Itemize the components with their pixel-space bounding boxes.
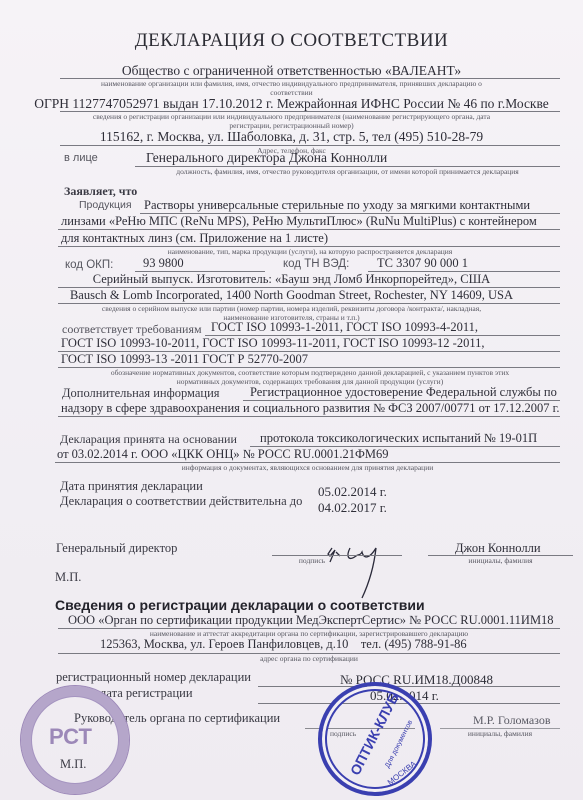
- valid-until-label: Декларация о соответствии действительна …: [60, 494, 302, 509]
- reg-number-label: регистрационный номер декларации: [56, 670, 251, 685]
- product-line-1: Растворы универсальные стерильные по ухо…: [144, 198, 530, 213]
- standards-line-1: ГОСТ ISO 10993-1-2011, ГОСТ ISO 10993-4-…: [211, 320, 478, 335]
- document-title: ДЕКЛАРАЦИЯ О СООТВЕТСТВИИ: [0, 30, 583, 52]
- additional-line-1: Регистрационное удостоверение Федерально…: [250, 385, 557, 400]
- serial-line-1: Серийный выпуск. Изготовитель: «Бауш энд…: [0, 272, 583, 287]
- cert-address-caption: адрес органа по сертификации: [58, 654, 560, 663]
- declaration-document: ДЕКЛАРАЦИЯ О СООТВЕТСТВИИ Общество с огр…: [0, 0, 583, 800]
- standards-caption: обозначение нормативных документов, соот…: [60, 368, 560, 377]
- registration-caption: сведения о регистрации организации или и…: [0, 112, 583, 121]
- signer-position: Генеральный директор: [56, 541, 177, 556]
- serial-line-2: Bausch & Lomb Incorporated, 1400 North G…: [0, 288, 583, 303]
- applicant-name-caption: наименование организации или фамилия, им…: [0, 79, 583, 88]
- accepted-date-value: 05.02.2014 г.: [318, 484, 387, 500]
- product-label: Продукция: [79, 199, 132, 211]
- signer-name-caption: инициалы, фамилия: [428, 556, 573, 565]
- registration-heading: Сведения о регистрации декларации о соот…: [55, 597, 425, 613]
- standards-line-3: ГОСТ ISO 10993-13 -2011 ГОСТ Р 52770-200…: [61, 352, 308, 367]
- rst-logo-icon: РСТ: [49, 724, 92, 750]
- okp-label: код ОКП:: [65, 259, 113, 271]
- tnved-value: ТС 3307 90 000 1: [377, 256, 468, 271]
- standards-line-2: ГОСТ ISO 10993-10-2011, ГОСТ ISO 10993-1…: [61, 336, 485, 351]
- divider: [58, 229, 560, 230]
- signer-name: Джон Коннолли: [455, 541, 541, 556]
- valid-until-value: 04.02.2017 г.: [318, 500, 387, 516]
- basis-label: Декларация принята на основании: [60, 432, 237, 447]
- represented-label: в лице: [64, 152, 98, 164]
- serial-caption: сведения о серийном выпуске или партии (…: [0, 304, 583, 313]
- cert-head-name-caption: инициалы, фамилия: [440, 729, 560, 738]
- applicant-address: 115162, г. Москва, ул. Шаболовка, д. 31,…: [0, 129, 583, 145]
- stamp-text: ОПТИК-КЛУБ: [346, 689, 403, 780]
- basis-line-2: от 03.02.2014 г. ООО «ЦКК ОНЦ» № РОСС RU…: [57, 447, 389, 462]
- product-line-3: для контактных линз (см. Приложение на 1…: [61, 231, 328, 246]
- representative: Генерального директора Джона Коннолли: [146, 150, 387, 166]
- cert-body-name: ООО «Орган по сертификации продукции Мед…: [68, 613, 554, 628]
- cert-head-name: М.Р. Голомазов: [473, 713, 551, 728]
- reg-date-label: дата регистрации: [100, 686, 193, 701]
- divider: [258, 686, 560, 687]
- signature-caption: подпись: [272, 556, 352, 565]
- seal-label: М.П.: [55, 570, 81, 585]
- accepted-date-label: Дата принятия декларации: [60, 479, 203, 494]
- applicant-registration: ОГРН 1127747052971 выдан 17.10.2012 г. М…: [0, 96, 583, 112]
- tnved-label: код ТН ВЭД:: [283, 258, 349, 270]
- cert-body-address: 125363, Москва, ул. Героев Панфиловцев, …: [100, 637, 467, 652]
- basis-caption: информация о документах, являющихся осно…: [55, 463, 560, 472]
- applicant-name: Общество с ограниченной ответственностью…: [0, 63, 583, 79]
- okp-value: 93 9800: [143, 256, 184, 271]
- product-line-2: линзами «РеНю МПС (ReNu MPS), РеНю Мульт…: [61, 214, 537, 229]
- product-caption: наименование, тип, марка продукции (услу…: [100, 247, 520, 256]
- representative-caption: должность, фамилия, имя, отчество руково…: [135, 167, 560, 176]
- divider: [58, 416, 560, 417]
- additional-line-2: надзору в сфере здравоохранения и социал…: [61, 401, 560, 416]
- basis-line-1: протокола токсикологических испытаний № …: [260, 431, 537, 446]
- declares-label: Заявляет, что: [64, 184, 137, 199]
- additional-label: Дополнительная информация: [62, 386, 220, 401]
- certification-body-stamp: РСТ: [20, 685, 130, 795]
- standards-label: соответствует требованиям: [62, 322, 202, 337]
